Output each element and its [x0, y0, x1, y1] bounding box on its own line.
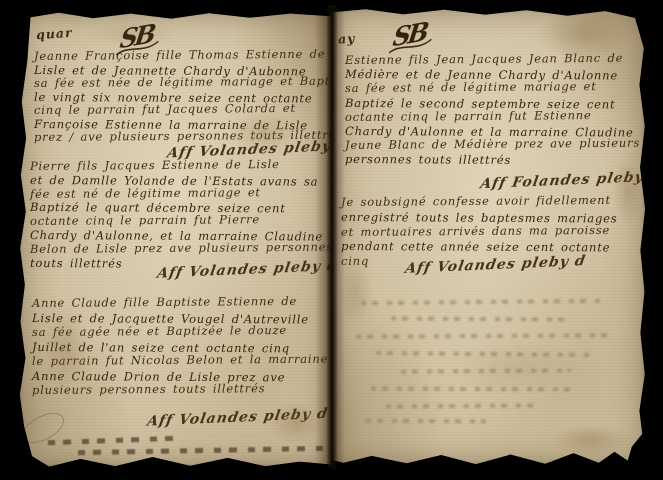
manuscript-scan: quar SB Jeanne Françoise fille Thomas Es…: [0, 0, 663, 480]
record-line: plusieurs personnes touts illettrés: [32, 381, 328, 398]
faded-text-fragment: [78, 446, 328, 455]
folio-mark: quar: [36, 25, 73, 43]
baptism-record: Estienne fils Jean Jacques Jean Blanc de…: [345, 53, 640, 167]
record-line: octante cinq le parrain fut Pierre: [30, 213, 333, 229]
baptism-record: Pierre fils Jacques Estienne de Lisleet …: [30, 160, 333, 270]
record-line: cinq le parrain fut Jacques Colarda et: [34, 102, 343, 118]
record-line: Anne Claude fille Baptiste Estienne de: [32, 294, 328, 311]
record-line: sa fée agée née et Baptizée le douze: [32, 323, 328, 340]
record-line: Jeanne Françoise fille Thomas Estienne d…: [34, 48, 343, 64]
baptism-record: Anne Claude fille Baptiste Estienne deLi…: [32, 296, 328, 398]
bleed-through-line: [371, 386, 571, 391]
paper-stain: [551, 425, 631, 455]
record-line: Estienne fils Jean Jacques Jean Blanc de: [345, 51, 640, 68]
record-line: Belon de Lisle prez ave plusieurs person…: [30, 240, 333, 256]
bleed-through-line: [386, 403, 536, 408]
record-line: octante cinq le parrain fut Estienne: [345, 107, 640, 124]
priest-signature: Aff Volandes pleby d: [146, 406, 315, 429]
record-line: personnes touts illettrés: [345, 152, 640, 168]
bleed-through-line: [366, 419, 486, 424]
left-page: quar SB Jeanne Françoise fille Thomas Es…: [18, 10, 331, 468]
bleed-through-line: [356, 333, 611, 338]
faded-text-fragment: [48, 436, 178, 446]
bleed-through-line: [391, 316, 571, 321]
baptism-record: Jeanne Françoise fille Thomas Estienne d…: [34, 50, 343, 145]
record-line: fée est né de légitime mariage et: [30, 185, 333, 201]
record-line: Jeune Blanc de Médière prez ave plusieur…: [345, 136, 640, 153]
bleed-through-line: [376, 351, 591, 357]
record-line: sa fée est née de légitime mariage et Ba…: [34, 75, 343, 91]
record-line: Je soubsigné confesse avoir fidellement: [341, 193, 618, 210]
monogram-paraph: SB: [391, 17, 428, 53]
bleed-through-line: [361, 299, 601, 306]
record-line: Pierre fils Jacques Estienne de Lisle: [30, 158, 333, 174]
record-line: sa fée est né de légitime mariage et: [345, 79, 640, 96]
priest-signature: Aff Folandes pleby d: [479, 170, 633, 193]
right-page: ay SB Estienne fils Jean Jacques Jean Bl…: [331, 7, 646, 466]
record-line: le parrain fut Nicolas Belon et la marra…: [32, 352, 328, 369]
record-line: et mortuaires arrivés dans ma paroisse: [341, 222, 618, 239]
book-gutter-shadow: [326, 5, 338, 468]
folio-mark: ay: [337, 30, 355, 46]
bleed-through-line: [401, 368, 571, 373]
